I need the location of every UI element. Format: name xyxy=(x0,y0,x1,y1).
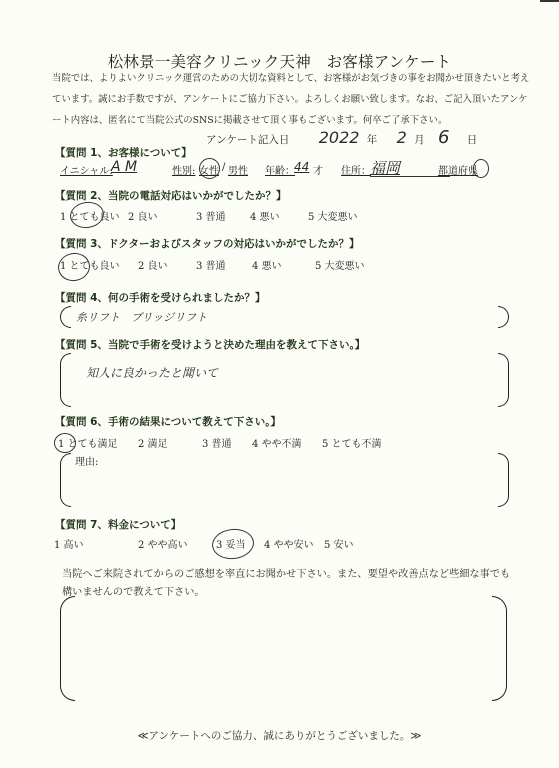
fill-date-day[interactable]: 6 xyxy=(438,127,449,148)
q1-heading: 【質問 1、お客様について】 xyxy=(55,145,192,160)
q3-selected-circle xyxy=(56,250,92,283)
q6-options: 1 とても満足 2 満足 3 普通 4 やや不満 5 とても不満 xyxy=(58,435,478,451)
q2-options: 1 とても良い 2 良い 3 普通 4 悪い 5 大変悪い xyxy=(60,208,480,224)
address-suffix: 都道府県 xyxy=(438,162,478,177)
q5-answer-field[interactable]: 知人に良かったと聞いて xyxy=(86,364,218,381)
month-unit: 月 xyxy=(414,134,425,146)
scan-edge-mark xyxy=(540,0,559,2)
q6-heading: 【質問 6、手術の結果について教えて下さい。】 xyxy=(55,414,281,429)
comments-corner-br xyxy=(492,686,507,701)
q4-bracket-left xyxy=(60,306,71,328)
gender-option-male[interactable]: 男性 xyxy=(228,162,248,177)
q4-answer-field[interactable]: 糸リフト ブリッジリフト xyxy=(76,309,207,325)
q6-reason-field[interactable] xyxy=(75,468,485,500)
q2-option-3[interactable]: 3 普通 xyxy=(196,208,226,223)
q6-bracket-left xyxy=(60,453,71,507)
initial-field[interactable]: A M xyxy=(100,159,148,175)
gender-selected-circle xyxy=(199,158,220,179)
intro-text: 当院では、よりよいクリニック運営のための大切な資料として、お客様がお気づきの事を… xyxy=(52,68,502,131)
q5-heading: 【質問 5、当院で手術を受けようと決めた理由を教えて下さい。】 xyxy=(55,337,365,352)
q6-bracket-right xyxy=(498,453,509,507)
q3-heading: 【質問 3、ドクターおよびスタッフの対応はいかがでしたか？】 xyxy=(55,236,360,251)
q3-option-2[interactable]: 2 良い xyxy=(138,257,168,272)
q1-fields: イニシャル: A M 性別: 女性 / 男性 年齢： 44 才 住所： 福岡 都… xyxy=(60,162,520,178)
q6-option-3[interactable]: 3 普通 xyxy=(202,435,232,450)
intro-line: ています。誠にお手数ですが、アンケートにご協力下さい。よろしくお願い致します。な… xyxy=(52,89,502,110)
year-unit: 年 xyxy=(367,134,378,146)
prefecture-selected-circle xyxy=(473,159,489,178)
q5-bracket-right xyxy=(498,353,509,407)
comments-edge-right xyxy=(506,610,507,686)
q4-bracket-right xyxy=(498,306,509,328)
comments-prompt-line: 構いませんので教えて下さい。 xyxy=(62,584,510,602)
q2-option-5[interactable]: 5 大変悪い xyxy=(308,208,358,223)
q7-heading: 【質問 7、料金について】 xyxy=(55,517,181,532)
q3-option-4[interactable]: 4 悪い xyxy=(252,257,282,272)
q4-heading: 【質問 4、何の手術を受けられましたか？】 xyxy=(55,290,265,305)
q7-selected-circle xyxy=(211,527,256,561)
q2-option-2[interactable]: 2 良い xyxy=(128,208,158,223)
comments-edge-left xyxy=(60,610,61,686)
q7-option-1[interactable]: 1 高い xyxy=(54,536,84,551)
q2-selected-circle xyxy=(68,200,105,230)
q7-option-5[interactable]: 5 安い xyxy=(324,536,354,551)
fill-date-year[interactable]: 2022 xyxy=(319,128,360,147)
q6-option-2[interactable]: 2 満足 xyxy=(138,435,168,450)
age-label: 年齢： xyxy=(265,162,295,177)
q6-selected-circle xyxy=(54,433,76,453)
day-unit: 日 xyxy=(467,134,478,146)
fill-date-month[interactable]: 2 xyxy=(397,128,407,147)
fill-date-label: アンケート記入日 xyxy=(206,134,289,146)
q3-option-5[interactable]: 5 大変悪い xyxy=(315,257,365,272)
address-label: 住所： xyxy=(341,162,371,177)
comments-prompt: 当院へご来院されてからのご感想を率直にお聞かせ下さい。また、要望や改善点など些細… xyxy=(62,566,510,602)
intro-line: 当院では、よりよいクリニック運営のための大切な資料として、お客様がお気づきの事を… xyxy=(52,68,502,89)
fill-date-row: アンケート記入日 2022 年 2 月 6 日 xyxy=(206,127,477,148)
age-unit: 才 xyxy=(313,162,323,177)
q6-option-5[interactable]: 5 とても不満 xyxy=(322,435,382,450)
q3-options: 1 とても良い 2 良い 3 普通 4 悪い 5 大変悪い xyxy=(60,257,480,273)
q7-option-2[interactable]: 2 やや高い xyxy=(138,536,188,551)
q7-option-4[interactable]: 4 やや安い xyxy=(264,536,314,551)
age-field[interactable]: 44 xyxy=(294,160,309,174)
gender-label: 性別: xyxy=(172,162,195,177)
q5-bracket-left xyxy=(60,353,71,407)
thank-you-footer: ≪アンケートへのご協力、誠にありがとうございました。≫ xyxy=(0,728,559,743)
q2-heading: 【質問 2、当院の電話対応はいかがでしたか？】 xyxy=(55,188,286,203)
comments-field[interactable] xyxy=(72,606,492,696)
q2-option-4[interactable]: 4 悪い xyxy=(250,208,280,223)
q7-options: 1 高い 2 やや高い 3 妥当 4 やや安い 5 安い xyxy=(54,536,474,552)
q6-reason-label: 理由: xyxy=(75,453,98,468)
comments-prompt-line: 当院へご来院されてからのご感想を率直にお聞かせ下さい。また、要望や改善点など些細… xyxy=(62,566,510,584)
q3-option-3[interactable]: 3 普通 xyxy=(196,257,226,272)
q6-option-4[interactable]: 4 やや不満 xyxy=(252,435,302,450)
